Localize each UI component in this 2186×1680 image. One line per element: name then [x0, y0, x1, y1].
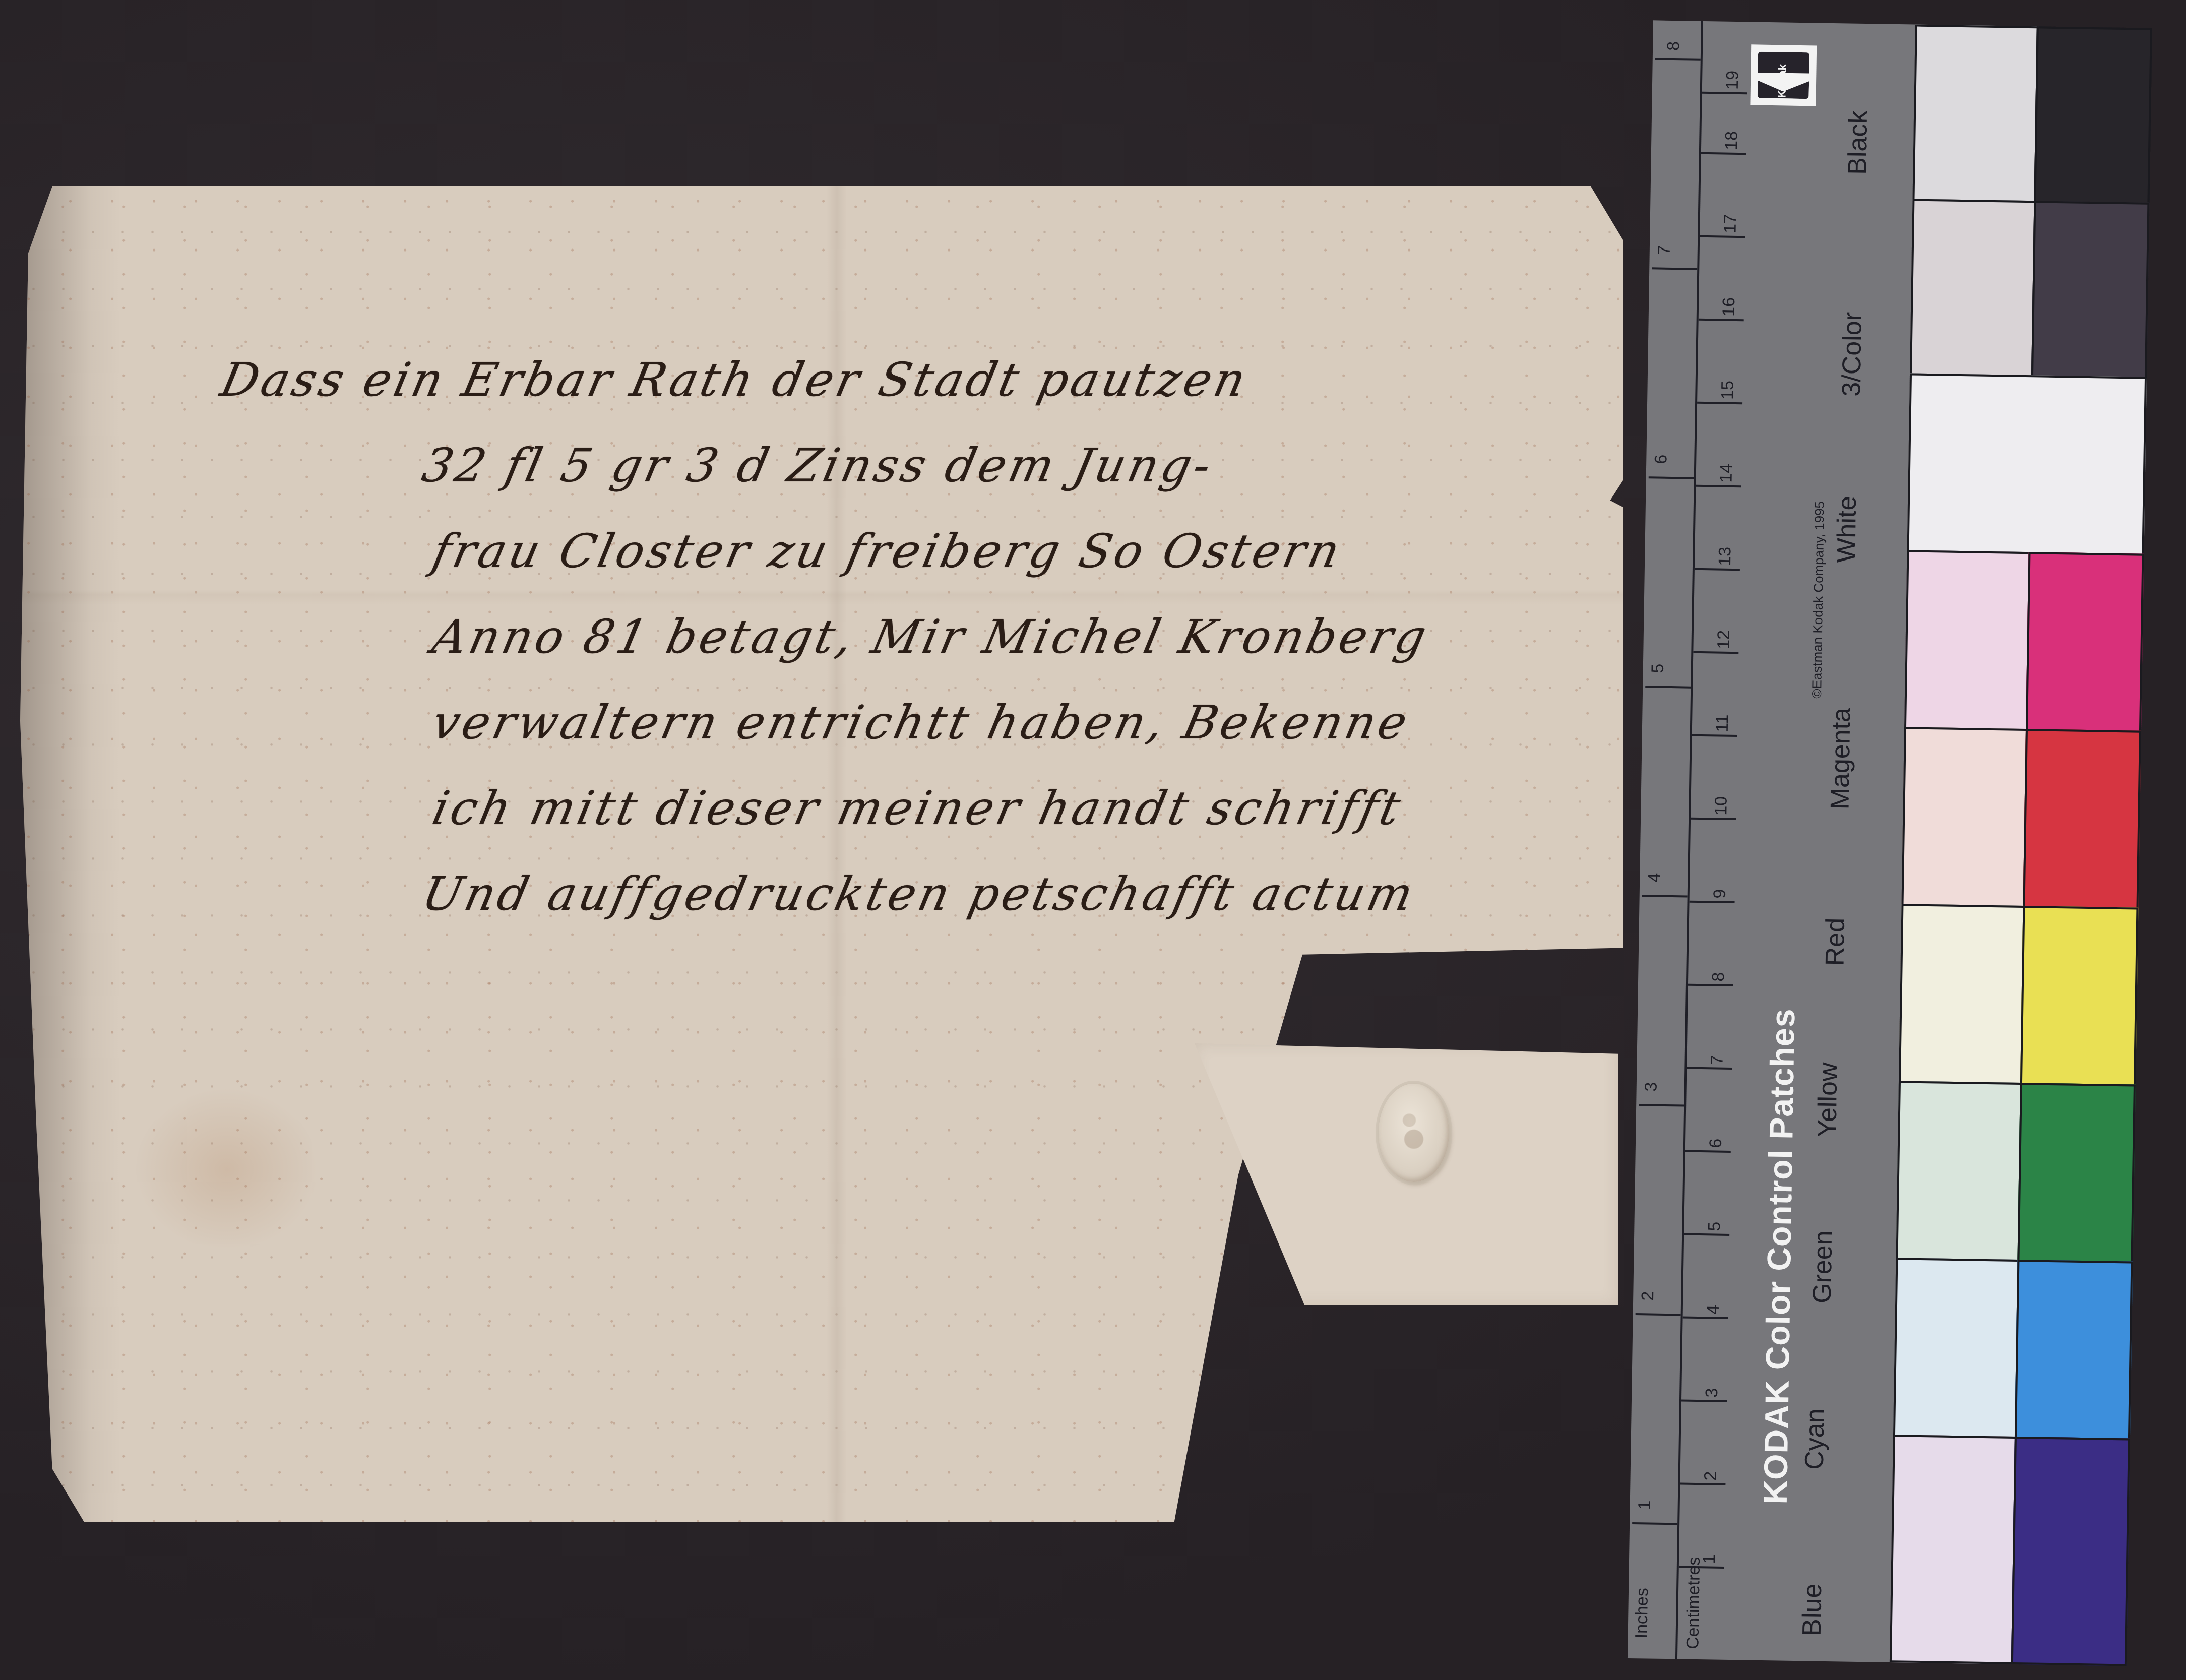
- cm-tick: [1699, 319, 1744, 321]
- cm-tick: [1680, 1483, 1725, 1485]
- text-line-3: frau Closter zu freiberg So Ostern: [428, 524, 1347, 578]
- cm-tick: [1688, 984, 1733, 986]
- cm-label: 2: [1701, 1471, 1721, 1481]
- cm-tick: [1691, 818, 1736, 820]
- ruler-strip: 1 2 3 4 5 6 7 8 1 2 3 4 5 6 7 8 9 10: [1628, 20, 1915, 1662]
- patch-3color: [2031, 201, 2149, 379]
- patch-cyan-light: [1893, 1258, 2020, 1439]
- patch-cyan: [2015, 1260, 2133, 1441]
- inch-tick: [1655, 58, 1701, 60]
- text-line-4: Anno 81 betagt, Mir Michel Kronberg: [428, 610, 1434, 664]
- cm-label: 9: [1710, 889, 1730, 899]
- patch-blue: [2011, 1437, 2130, 1666]
- kodak-color-card: 1 2 3 4 5 6 7 8 1 2 3 4 5 6 7 8 9 10: [1617, 20, 2162, 1671]
- kodak-logo-text: Kodak: [1776, 64, 1789, 98]
- text-line-1: Dass ein Erbar Rath der Stadt pautzen: [216, 353, 1254, 407]
- cm-tick: [1692, 734, 1737, 737]
- cm-label: 5: [1705, 1221, 1724, 1231]
- cm-label: 4: [1704, 1304, 1723, 1315]
- cm-label: 6: [1706, 1138, 1726, 1148]
- inch-tick: [1639, 1104, 1684, 1106]
- cm-label: 13: [1715, 547, 1735, 566]
- patch-red: [2023, 729, 2141, 910]
- cm-tick: [1697, 402, 1742, 404]
- text-line-2: 32 fl 5 gr 3 d Zinss dem Jung-: [418, 439, 1219, 492]
- cm-tick: [1683, 1317, 1728, 1319]
- cm-label: 19: [1723, 71, 1743, 90]
- cm-tick: [1687, 1067, 1732, 1070]
- patch-label-cyan: Cyan: [1799, 1408, 1831, 1470]
- patch-yellow-light: [1899, 904, 2025, 1085]
- card-title: KODAK Color Control Patches: [1756, 1008, 1802, 1505]
- cm-tick: [1690, 901, 1735, 903]
- patch-green-light: [1896, 1081, 2022, 1262]
- color-patches: [1890, 24, 2152, 1666]
- ruler-baseline: [1675, 21, 1703, 1659]
- cm-label: 18: [1722, 131, 1742, 150]
- inch-label: 3: [1642, 1082, 1661, 1092]
- patch-black-light: [1912, 24, 2038, 203]
- inch-tick: [1642, 895, 1688, 897]
- patch-magenta: [2026, 552, 2144, 733]
- text-line-6: ich mitt dieser meiner handt schrifft: [428, 781, 1408, 835]
- patch-green: [2017, 1083, 2136, 1264]
- cm-label: 11: [1713, 714, 1733, 732]
- patch-3color-light: [1910, 199, 2036, 377]
- inch-label: 5: [1648, 663, 1668, 673]
- inch-label: 7: [1655, 245, 1674, 255]
- inch-tick: [1649, 476, 1694, 479]
- patch-magenta-light: [1904, 550, 2031, 731]
- patch-label-blue: Blue: [1797, 1583, 1828, 1636]
- cm-tick: [1684, 1233, 1729, 1236]
- cm-label: 7: [1707, 1055, 1727, 1065]
- cm-label: 16: [1719, 297, 1739, 317]
- cm-tick: [1681, 1400, 1727, 1402]
- inch-tick: [1645, 686, 1691, 688]
- inch-label: 4: [1645, 873, 1664, 883]
- inch-tick: [1636, 1313, 1681, 1316]
- cm-tick: [1695, 568, 1740, 571]
- cm-label: 15: [1718, 381, 1738, 400]
- patch-label-red: Red: [1820, 917, 1851, 966]
- centimetres-label: Centimetres: [1683, 1557, 1704, 1649]
- cm-tick: [1700, 235, 1745, 238]
- copyright-text: ©Eastman Kodak Company, 1995: [1809, 501, 1828, 699]
- patch-label-green: Green: [1807, 1230, 1838, 1303]
- patch-blue-light: [1890, 1435, 2017, 1664]
- cm-label: 12: [1714, 630, 1734, 649]
- cm-label: 8: [1709, 972, 1728, 982]
- cm-tick: [1693, 651, 1738, 654]
- patch-label-magenta: Magenta: [1825, 708, 1856, 810]
- cm-tick: [1685, 1150, 1731, 1153]
- text-line-7: Und auffgedruckten petschafft actum: [418, 867, 1421, 921]
- embossed-seal: [1379, 1084, 1449, 1182]
- inches-label: Inches: [1632, 1588, 1653, 1639]
- patch-label-white: White: [1831, 495, 1862, 563]
- cm-label: 17: [1720, 214, 1740, 233]
- cm-label: 14: [1717, 464, 1737, 483]
- text-line-5: verwaltern entrichtt haben, Bekenne: [428, 696, 1415, 750]
- patch-label-3color: 3/Color: [1836, 312, 1868, 397]
- cm-tick: [1701, 152, 1746, 155]
- patch-white: [1907, 373, 2147, 555]
- inch-label: 2: [1638, 1291, 1658, 1301]
- patch-label-yellow: Yellow: [1812, 1062, 1843, 1137]
- patch-yellow: [2020, 906, 2139, 1087]
- patch-label-black: Black: [1842, 110, 1873, 175]
- patch-red-light: [1901, 727, 2028, 908]
- inch-label: 8: [1664, 41, 1683, 51]
- inch-tick: [1652, 267, 1697, 270]
- inch-label: 6: [1651, 454, 1671, 464]
- inch-label: 1: [1635, 1500, 1655, 1510]
- patch-black: [2034, 26, 2152, 205]
- cm-label: 10: [1711, 796, 1731, 815]
- cm-label: 3: [1702, 1388, 1722, 1398]
- cm-tick: [1702, 92, 1747, 94]
- cm-tick: [1696, 485, 1741, 487]
- inch-tick: [1632, 1522, 1677, 1525]
